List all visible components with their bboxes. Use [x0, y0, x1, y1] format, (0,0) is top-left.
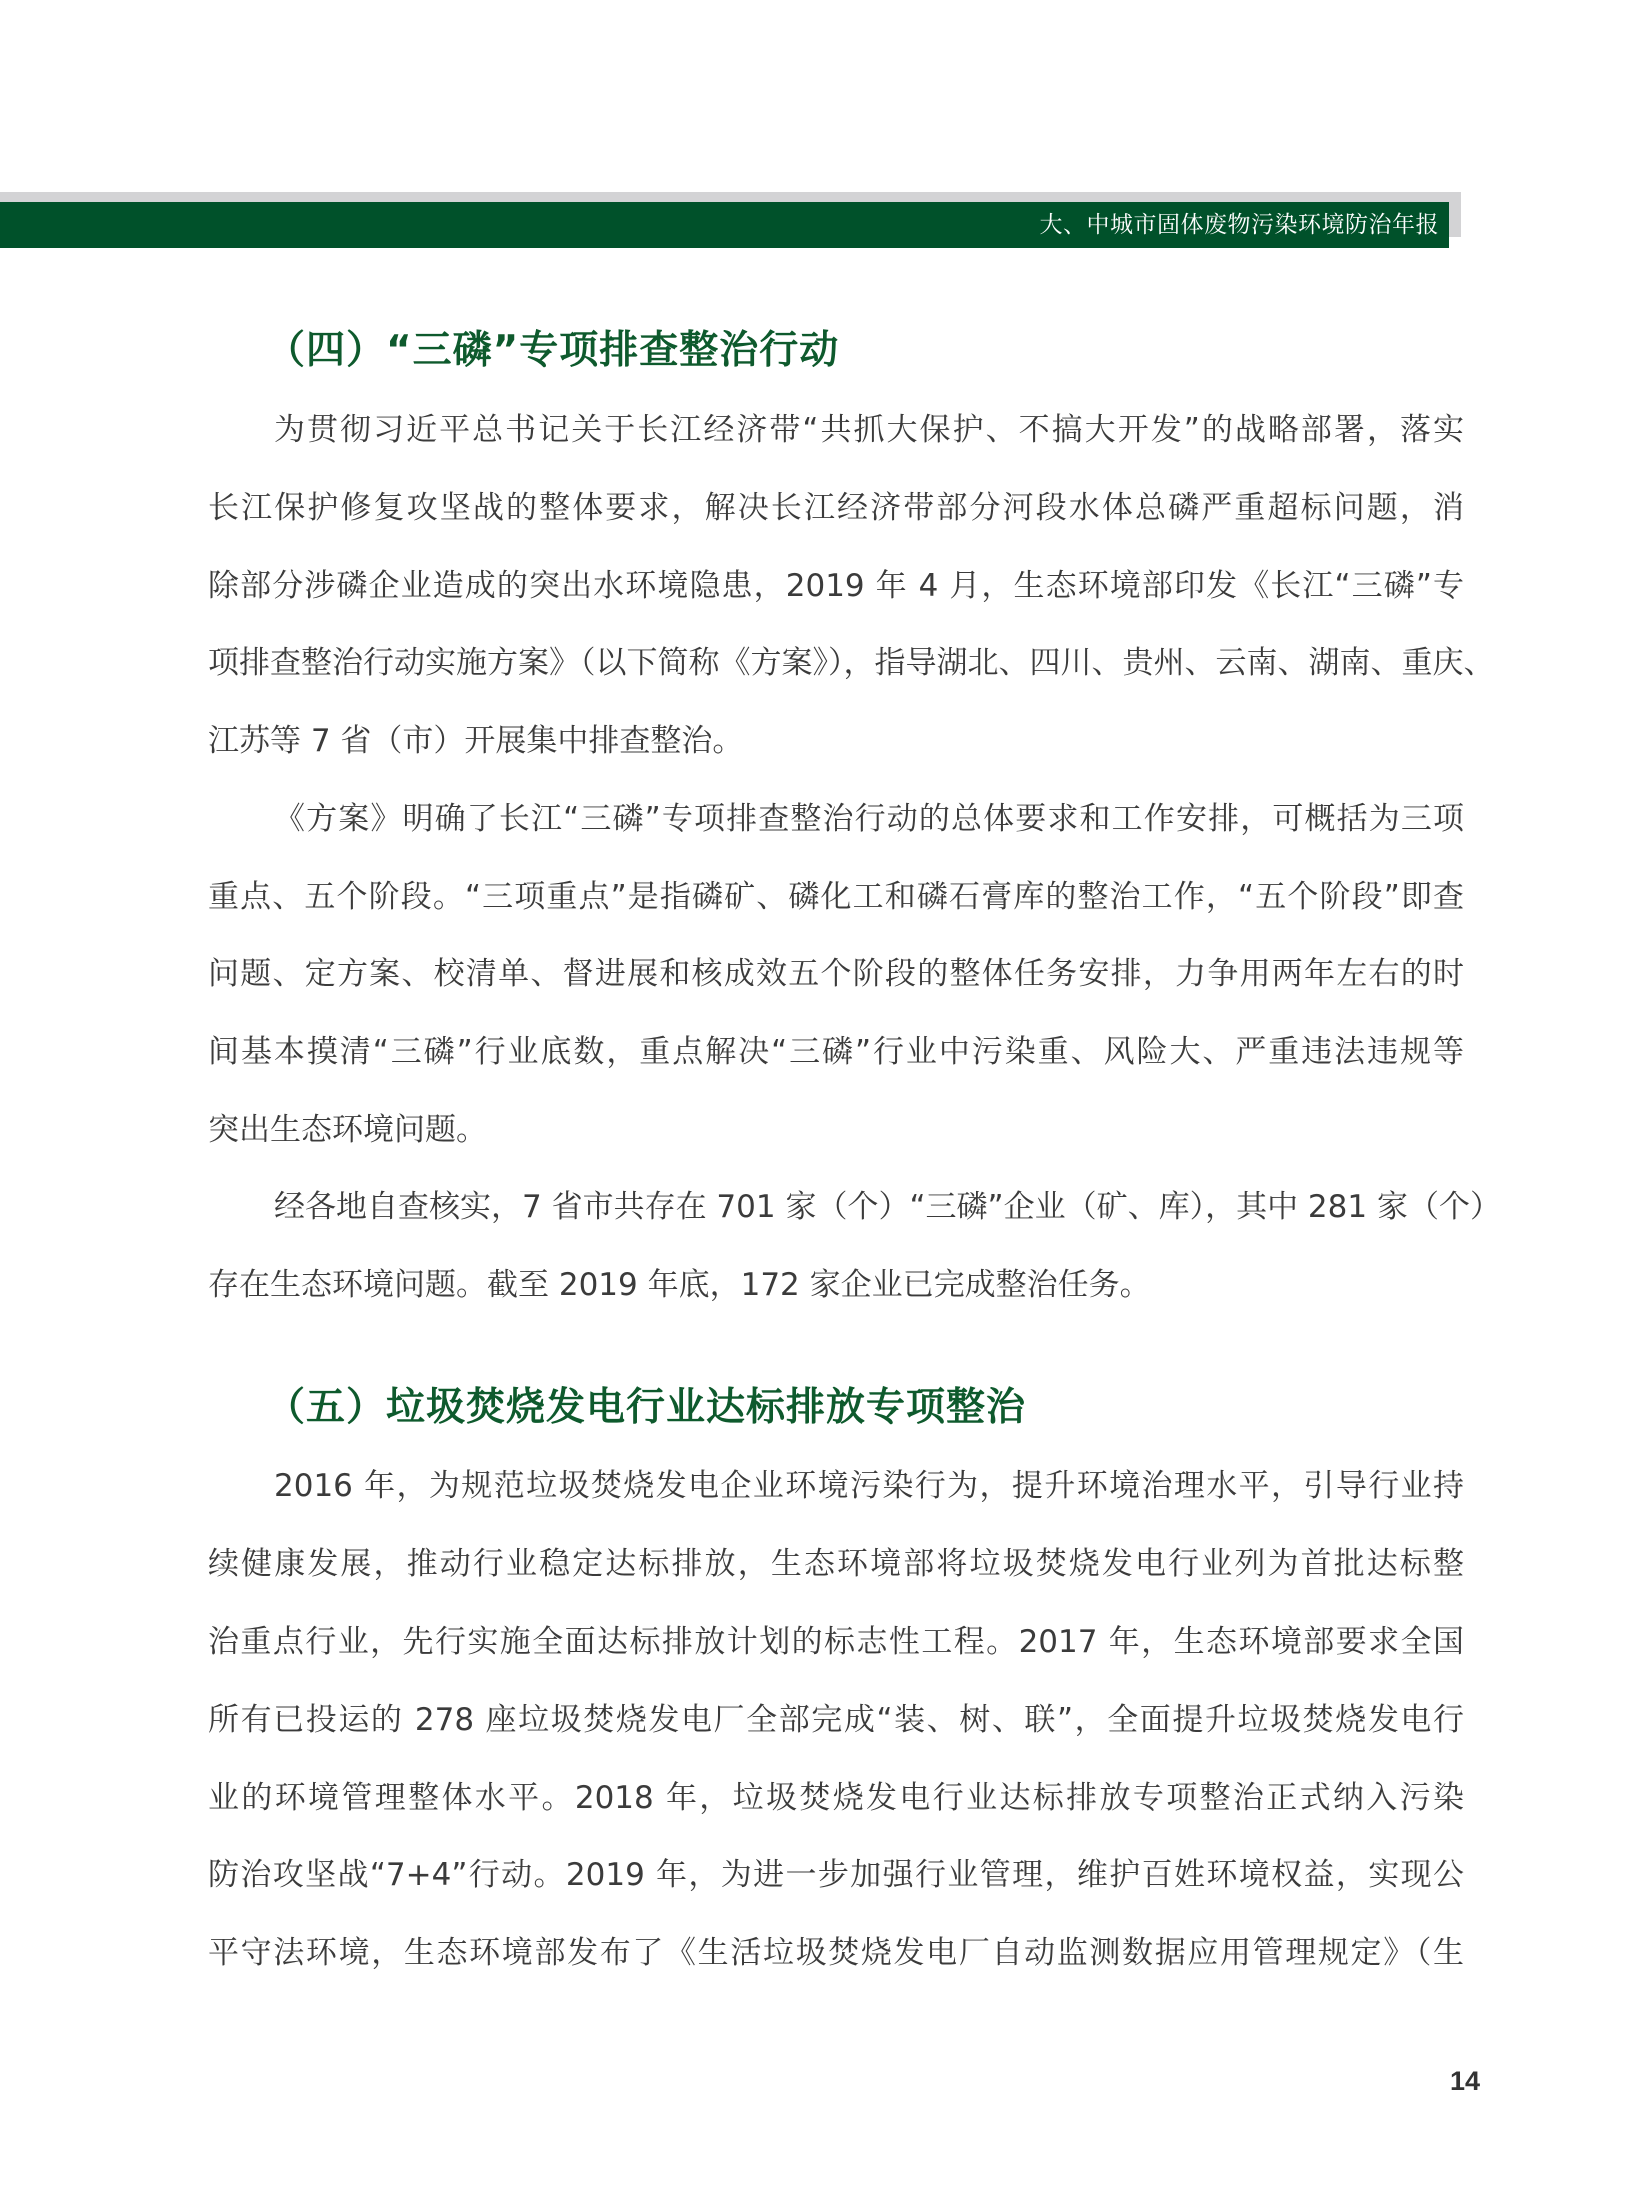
header-band: 大、中城市固体废物污染环境防治年报 [0, 202, 1449, 248]
text-line: 防治攻坚战“7+4”行动。2019 年，为进一步加强行业管理，维护百姓环境权益，… [208, 1852, 1464, 1898]
section-heading-4: （四）“三磷”专项排查整治行动 [266, 323, 839, 379]
page-number: 14 [1450, 2066, 1480, 2097]
text-line: 为贯彻习近平总书记关于长江经济带“共抓大保护、不搞大开发”的战略部署，落实 [208, 407, 1464, 453]
text-line: 续健康发展，推动行业稳定达标排放，生态环境部将垃圾焚烧发电行业列为首批达标整 [208, 1541, 1464, 1587]
text-line: 经各地自查核实，7 省市共存在 701 家（个）“三磷”企业（矿、库），其中 2… [208, 1184, 1464, 1230]
text-line: 重点、五个阶段。“三项重点”是指磷矿、磷化工和磷石膏库的整治工作，“五个阶段”即… [208, 874, 1464, 920]
text-line: 问题、定方案、校清单、督进展和核成效五个阶段的整体任务安排，力争用两年左右的时 [208, 951, 1464, 997]
text-line: 业的环境管理整体水平。2018 年，垃圾焚烧发电行业达标排放专项整治正式纳入污染 [208, 1775, 1464, 1821]
running-title: 大、中城市固体废物污染环境防治年报 [1040, 202, 1440, 248]
text-line: 2016 年，为规范垃圾焚烧发电企业环境污染行为，提升环境治理水平，引导行业持 [208, 1463, 1464, 1509]
text-line: 突出生态环境问题。 [208, 1107, 1464, 1153]
text-line: 平守法环境，生态环境部发布了《生活垃圾焚烧发电厂自动监测数据应用管理规定》（生 [208, 1930, 1464, 1976]
text-line: 存在生态环境问题。截至 2019 年底，172 家企业已完成整治任务。 [208, 1262, 1464, 1308]
section-heading-5: （五）垃圾焚烧发电行业达标排放专项整治 [266, 1380, 1026, 1436]
text-line: 治重点行业，先行实施全面达标排放计划的标志性工程。2017 年，生态环境部要求全… [208, 1619, 1464, 1665]
text-line: 长江保护修复攻坚战的整体要求，解决长江经济带部分河段水体总磷严重超标问题，消 [208, 485, 1464, 531]
text-line: 除部分涉磷企业造成的突出水环境隐患，2019 年 4 月，生态环境部印发《长江“… [208, 563, 1464, 609]
text-line: 项排查整治行动实施方案》（以下简称《方案》），指导湖北、四川、贵州、云南、湖南、… [208, 640, 1464, 686]
text-line: 间基本摸清“三磷”行业底数，重点解决“三磷”行业中污染重、风险大、严重违法违规等 [208, 1029, 1464, 1075]
text-line: 江苏等 7 省（市）开展集中排查整治。 [208, 718, 1464, 764]
text-line: 所有已投运的 278 座垃圾焚烧发电厂全部完成“装、树、联”，全面提升垃圾焚烧发… [208, 1697, 1464, 1743]
text-line: 《方案》明确了长江“三磷”专项排查整治行动的总体要求和工作安排，可概括为三项 [208, 796, 1464, 842]
